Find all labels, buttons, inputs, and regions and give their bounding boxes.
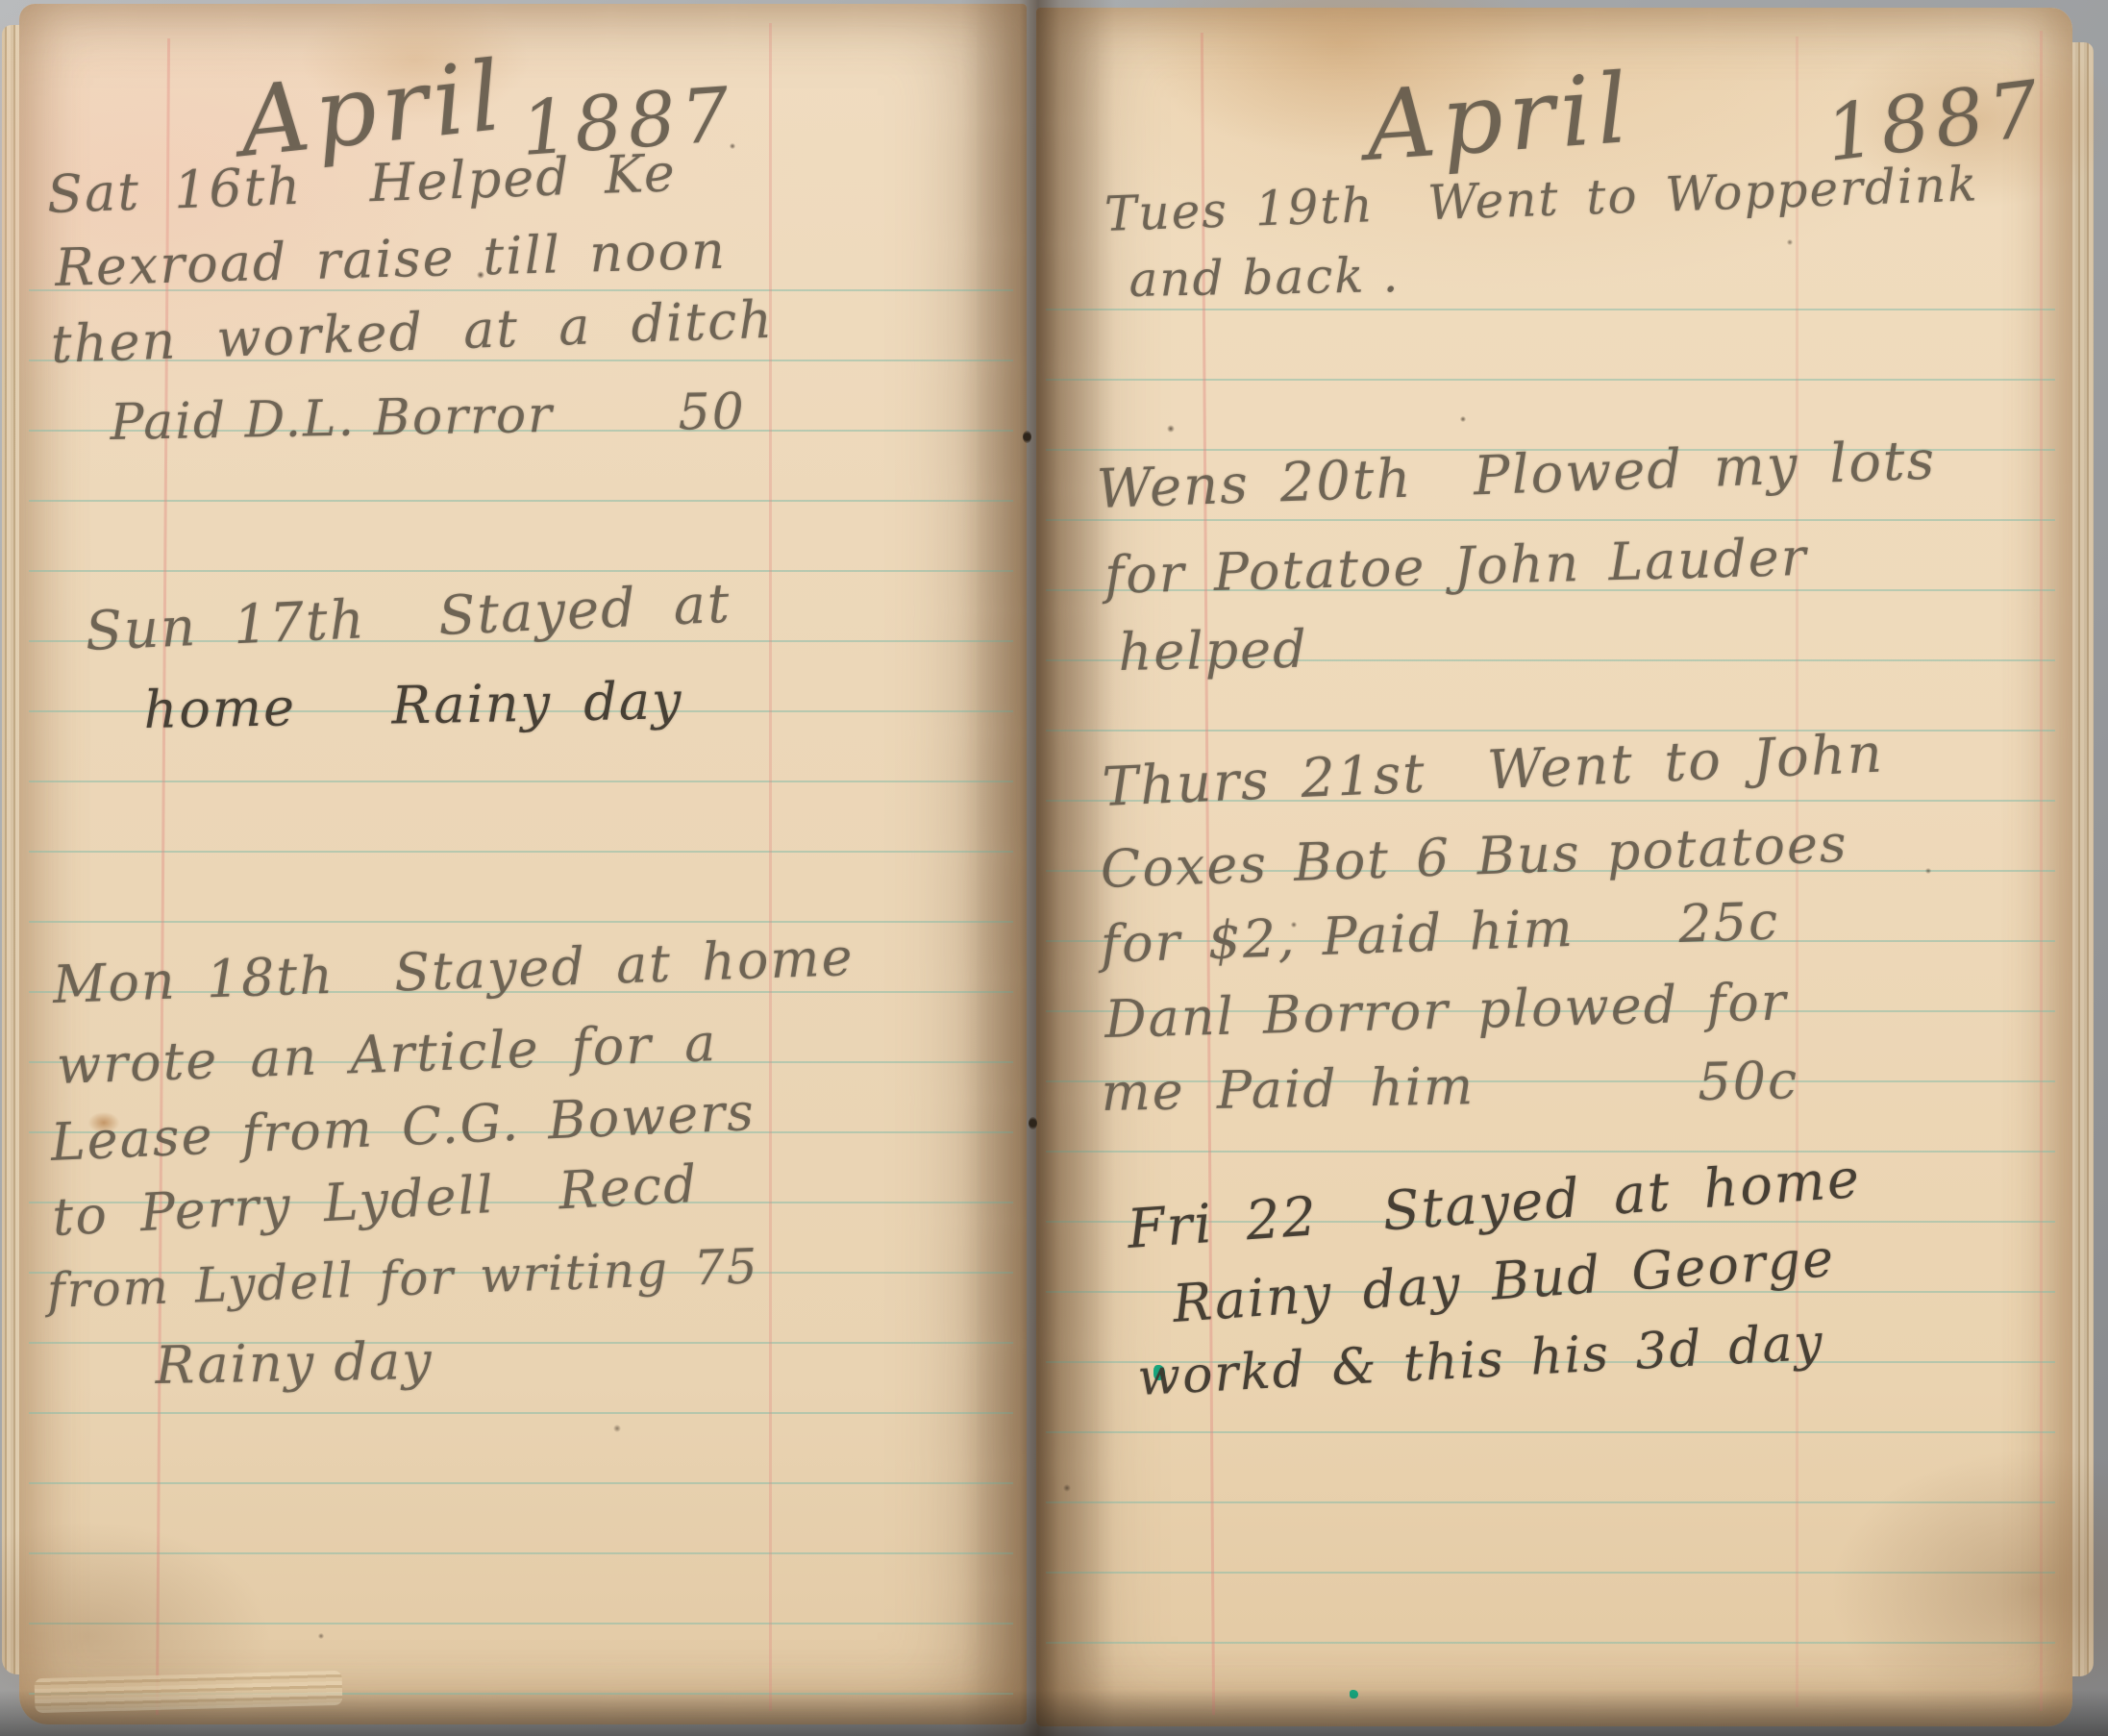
diary-line: Paid D.L. Borror 50 xyxy=(110,386,746,448)
diary-line: me Paid him 50c xyxy=(1101,1054,1799,1119)
diary-line: helped xyxy=(1118,624,1308,679)
diary-line: and back . xyxy=(1128,251,1401,304)
red-edge-line-right-page xyxy=(2040,31,2043,1711)
diary-scan-photo: April 1887 Sat 16th Helped Ke Rexroad ra… xyxy=(0,0,2108,1736)
red-column-line-left-page xyxy=(769,23,772,1711)
stitch-hole-top xyxy=(1023,431,1031,443)
stitch-hole-bottom xyxy=(1029,1117,1037,1129)
green-speck xyxy=(1350,1690,1358,1699)
diary-line: home Rainy day xyxy=(143,675,683,736)
right-header-month: April xyxy=(1363,61,1636,175)
diary-line: Rainy day xyxy=(155,1335,434,1392)
